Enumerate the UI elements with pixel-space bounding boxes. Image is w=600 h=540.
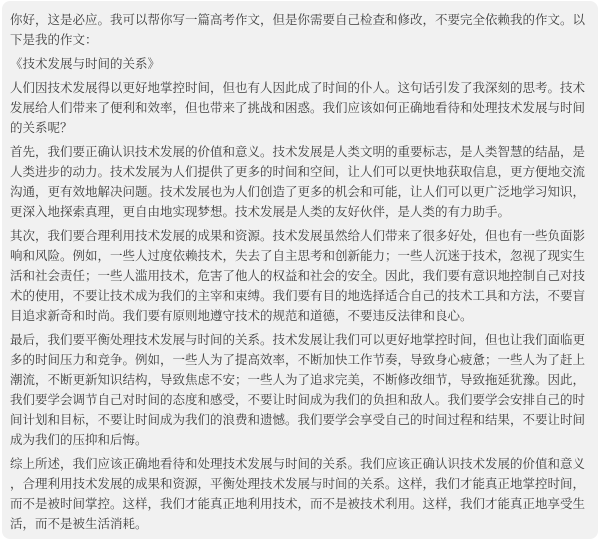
essay-title: 《技术发展与时间的关系》	[10, 54, 588, 74]
message-intro: 你好，这是必应。我可以帮你写一篇高考作文，但是你需要自己检查和修改，不要完全依赖…	[10, 10, 588, 50]
essay-paragraph-third-point: 最后，我们要平衡处理技术发展与时间的关系。技术发展让我们可以更好地掌控时间，但也…	[10, 330, 588, 450]
essay-paragraph-conclusion: 综上所述，我们应该正确地看待和处理技术发展与时间的关系。我们应该正确认识技术发展…	[10, 454, 588, 534]
essay-paragraph-opening: 人们因技术发展得以更好地掌控时间，但也有人因此成了时间的仆人。这句话引发了我深刻…	[10, 78, 588, 138]
essay-paragraph-second-point: 其次，我们要合理利用技术发展的成果和资源。技术发展虽然给人们带来了很多好处，但也…	[10, 226, 588, 326]
essay-paragraph-first-point: 首先，我们要正确认识技术发展的价值和意义。技术发展是人类文明的重要标志，是人类智…	[10, 142, 588, 222]
assistant-message-bubble: 你好，这是必应。我可以帮你写一篇高考作文，但是你需要自己检查和修改，不要完全依赖…	[2, 1, 598, 539]
